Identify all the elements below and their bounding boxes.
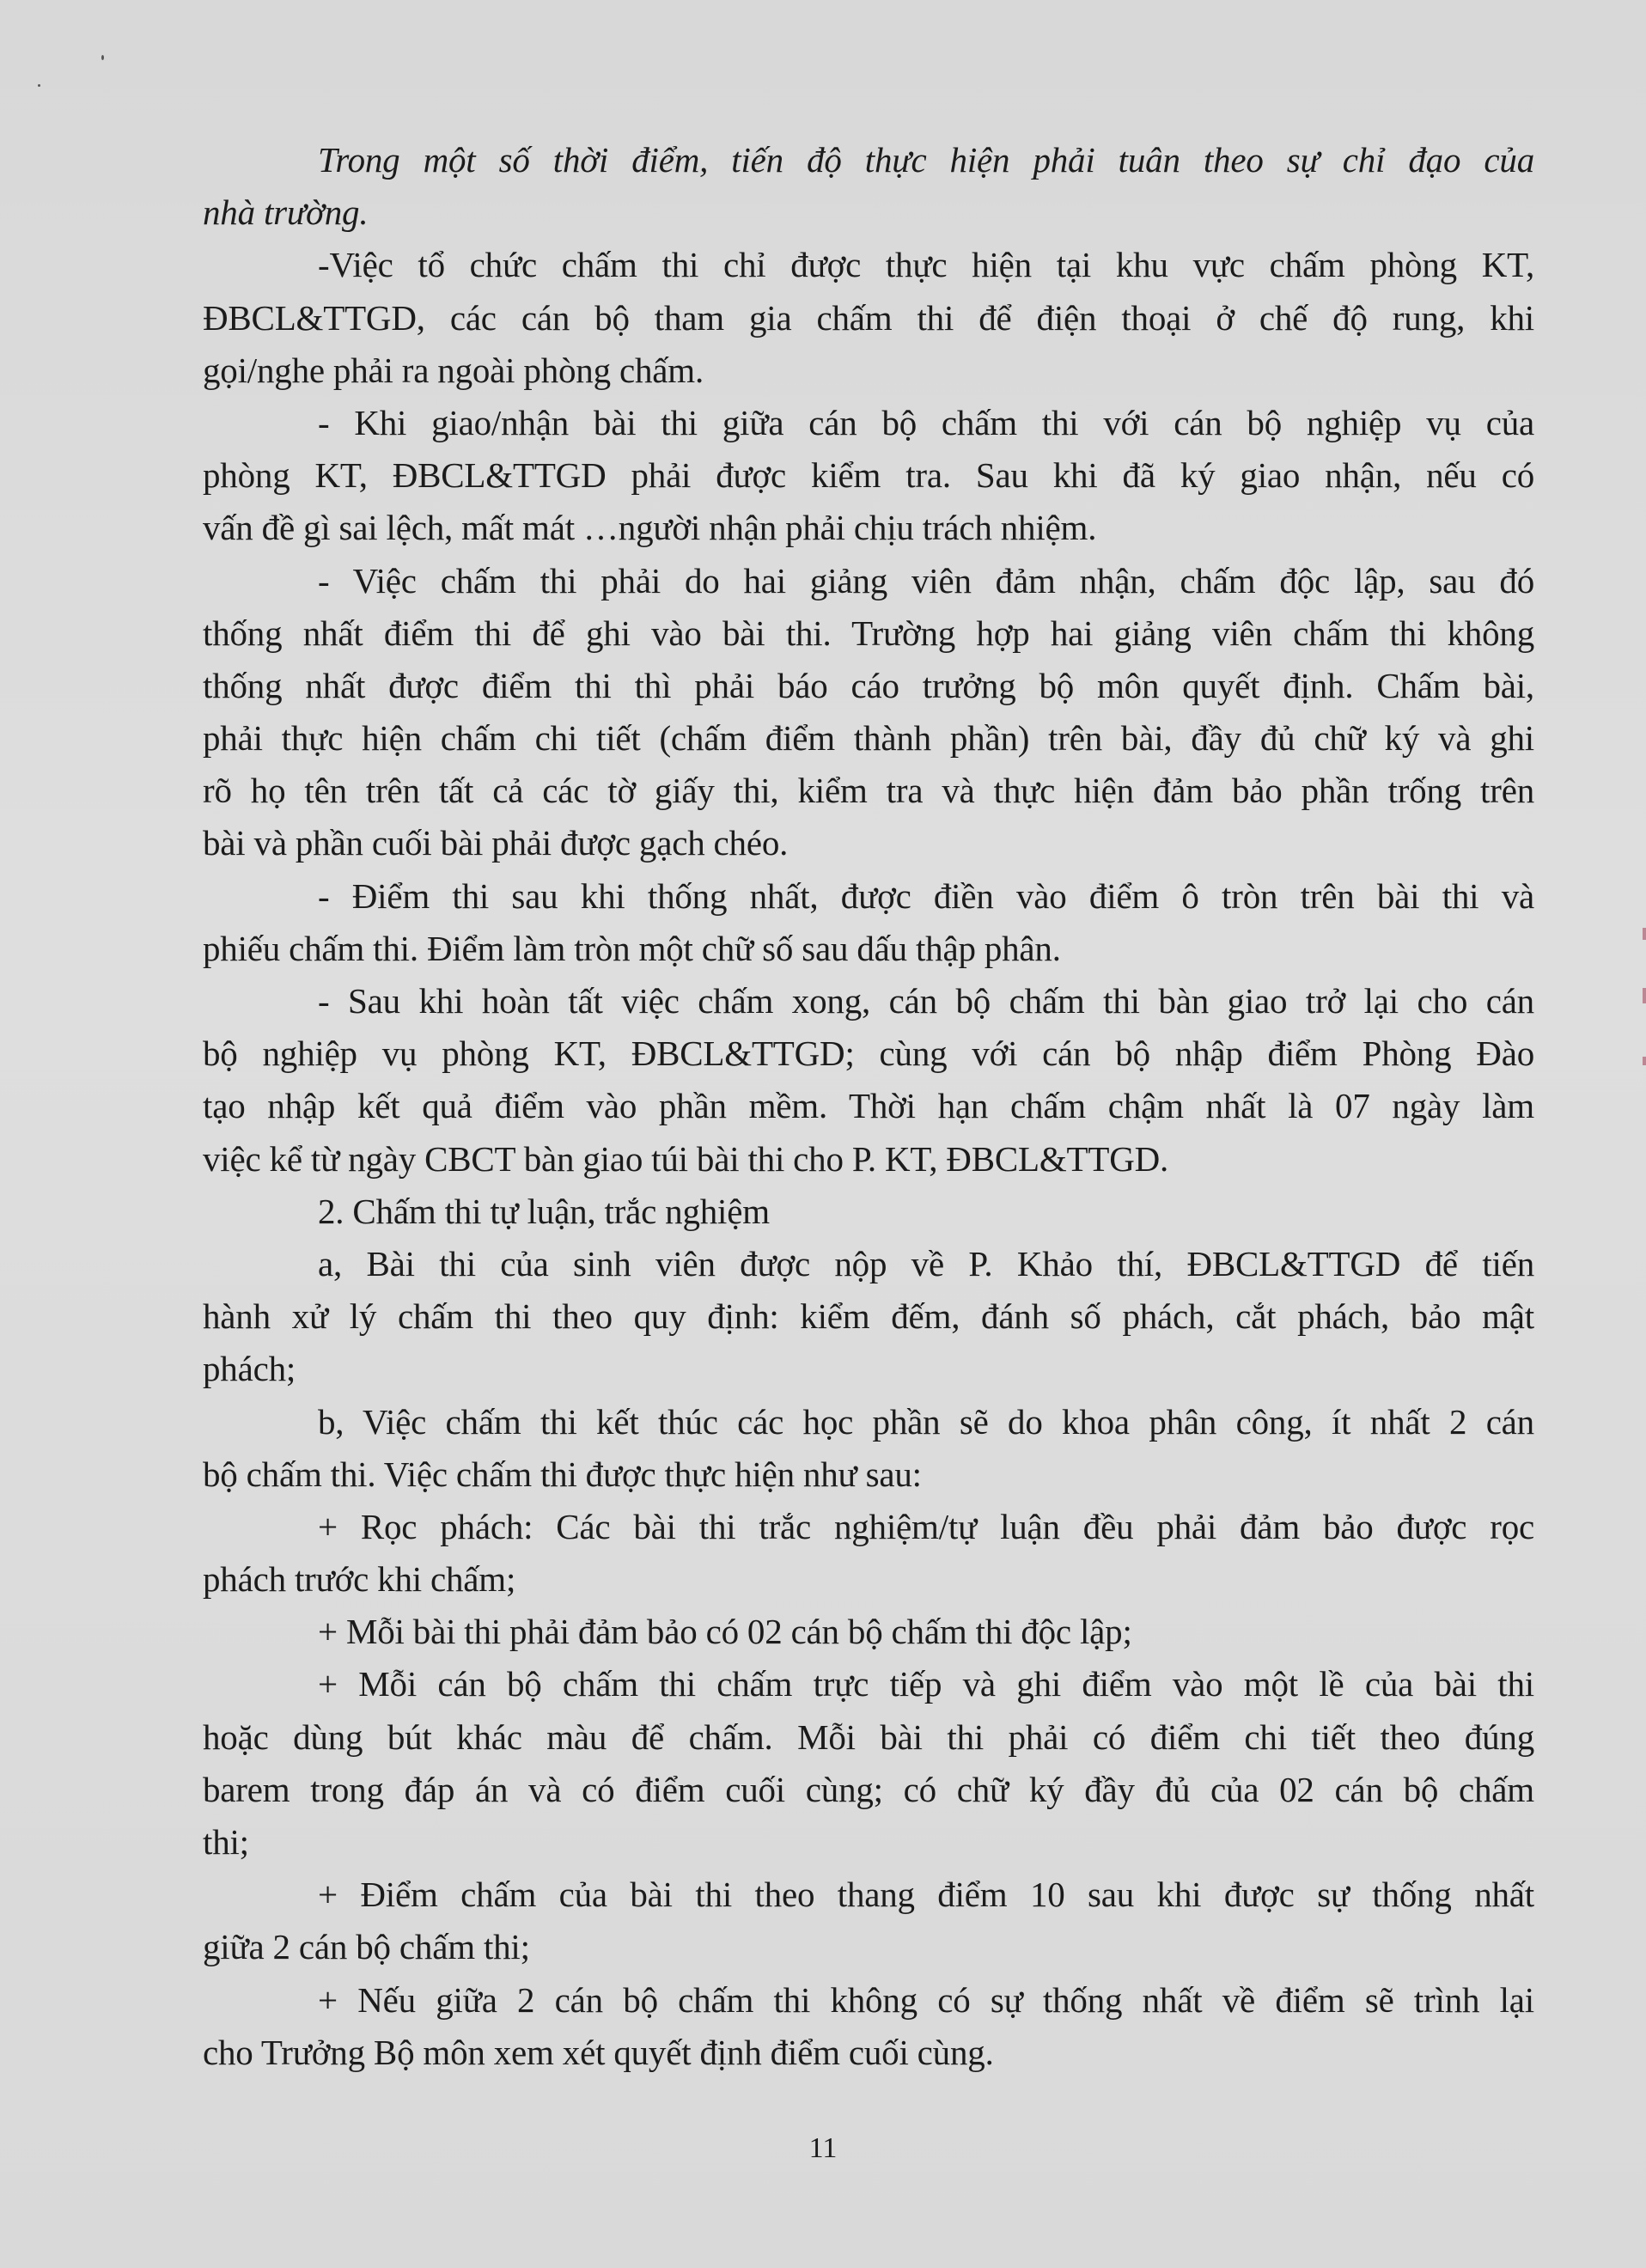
text-line: gọi/nghe phải ra ngoài phòng chấm. <box>203 344 1534 397</box>
text-line: thống nhất điểm thi để ghi vào bài thi. … <box>203 607 1534 660</box>
margin-mark <box>1643 1057 1646 1065</box>
paragraph-handover: - Khi giao/nhận bài thi giữa cán bộ chấm… <box>203 397 1534 555</box>
text-line: nhà trường. <box>203 186 1534 239</box>
text-line: ĐBCL&TTGD, các cán bộ tham gia chấm thi … <box>203 292 1534 344</box>
paragraph-intro: Trong một số thời điểm, tiến độ thực hiệ… <box>203 134 1534 239</box>
text-line: phiếu chấm thi. Điểm làm tròn một chữ số… <box>203 923 1534 975</box>
text-line: - Việc chấm thi phải do hai giảng viên đ… <box>203 555 1534 607</box>
text-line: hoặc dùng bút khác màu để chấm. Mỗi bài … <box>203 1711 1534 1764</box>
text-line: barem trong đáp án và có điểm cuối cùng;… <box>203 1764 1534 1816</box>
document-body: Trong một số thời điểm, tiến độ thực hiệ… <box>203 134 1534 2079</box>
text-line: bộ nghiệp vụ phòng KT, ĐBCL&TTGD; cùng v… <box>203 1027 1534 1080</box>
paragraph-two-graders: - Việc chấm thi phải do hai giảng viên đ… <box>203 555 1534 870</box>
text-line: Trong một số thời điểm, tiến độ thực hiệ… <box>203 134 1534 186</box>
text-line: phách; <box>203 1343 1534 1395</box>
text-line: cho Trưởng Bộ môn xem xét quyết định điể… <box>203 2027 1534 2079</box>
text-line: + Nếu giữa 2 cán bộ chấm thi không có sự… <box>203 1974 1534 2027</box>
text-line: phải thực hiện chấm chi tiết (chấm điểm … <box>203 712 1534 765</box>
text-line: + Rọc phách: Các bài thi trắc nghiệm/tự … <box>203 1501 1534 1553</box>
text-line: rõ họ tên trên tất cả các tờ giấy thi, k… <box>203 765 1534 817</box>
paragraph-roc-phach: + Rọc phách: Các bài thi trắc nghiệm/tự … <box>203 1501 1534 1606</box>
text-line: thống nhất được điểm thi thì phải báo cá… <box>203 660 1534 712</box>
paragraph-scale-10: + Điểm chấm của bài thi theo thang điểm … <box>203 1869 1534 1973</box>
text-line: hành xử lý chấm thi theo quy định: kiểm … <box>203 1290 1534 1343</box>
paragraph-2b: b, Việc chấm thi kết thúc các học phần s… <box>203 1396 1534 1501</box>
text-line: bộ chấm thi. Việc chấm thi được thực hiệ… <box>203 1448 1534 1501</box>
paragraph-score-entry: - Điểm thi sau khi thống nhất, được điền… <box>203 870 1534 975</box>
text-line: tạo nhập kết quả điểm vào phần mềm. Thời… <box>203 1080 1534 1132</box>
text-line: - Sau khi hoàn tất việc chấm xong, cán b… <box>203 975 1534 1027</box>
margin-mark <box>1643 988 1646 1003</box>
paper-speck <box>38 84 40 87</box>
paragraph-2a: a, Bài thi của sinh viên được nộp về P. … <box>203 1238 1534 1396</box>
paragraph-two-graders-each: + Mỗi bài thi phải đảm bảo có 02 cán bộ … <box>203 1606 1534 1658</box>
text-line: -Việc tổ chức chấm thi chỉ được thực hiệ… <box>203 239 1534 291</box>
page-number: 11 <box>0 2132 1646 2165</box>
text-line: phòng KT, ĐBCL&TTGD phải được kiểm tra. … <box>203 449 1534 502</box>
text-line: giữa 2 cán bộ chấm thi; <box>203 1921 1534 1973</box>
text-line: phách trước khi chấm; <box>203 1553 1534 1606</box>
text-line: việc kể từ ngày CBCT bàn giao túi bài th… <box>203 1133 1534 1186</box>
paragraph-section-2: 2. Chấm thi tự luận, trắc nghiệm <box>203 1186 1534 1238</box>
paragraph-location: -Việc tổ chức chấm thi chỉ được thực hiệ… <box>203 239 1534 397</box>
text-line: - Khi giao/nhận bài thi giữa cán bộ chấm… <box>203 397 1534 449</box>
text-line: thi; <box>203 1816 1534 1869</box>
text-line: + Mỗi cán bộ chấm thi chấm trực tiếp và … <box>203 1658 1534 1710</box>
paragraph-direct-grading: + Mỗi cán bộ chấm thi chấm trực tiếp và … <box>203 1658 1534 1869</box>
text-line: b, Việc chấm thi kết thúc các học phần s… <box>203 1396 1534 1448</box>
text-line: + Mỗi bài thi phải đảm bảo có 02 cán bộ … <box>203 1606 1534 1658</box>
paper-speck <box>101 55 104 60</box>
paragraph-disagreement: + Nếu giữa 2 cán bộ chấm thi không có sự… <box>203 1974 1534 2079</box>
text-line: - Điểm thi sau khi thống nhất, được điền… <box>203 870 1534 923</box>
document-page: Trong một số thời điểm, tiến độ thực hiệ… <box>0 0 1646 2268</box>
text-line: a, Bài thi của sinh viên được nộp về P. … <box>203 1238 1534 1290</box>
text-line: + Điểm chấm của bài thi theo thang điểm … <box>203 1869 1534 1921</box>
text-line: 2. Chấm thi tự luận, trắc nghiệm <box>203 1186 1534 1238</box>
paragraph-return: - Sau khi hoàn tất việc chấm xong, cán b… <box>203 975 1534 1186</box>
text-line: vấn đề gì sai lệch, mất mát …người nhận … <box>203 502 1534 554</box>
text-line: bài và phần cuối bài phải được gạch chéo… <box>203 817 1534 869</box>
margin-mark <box>1643 928 1646 940</box>
